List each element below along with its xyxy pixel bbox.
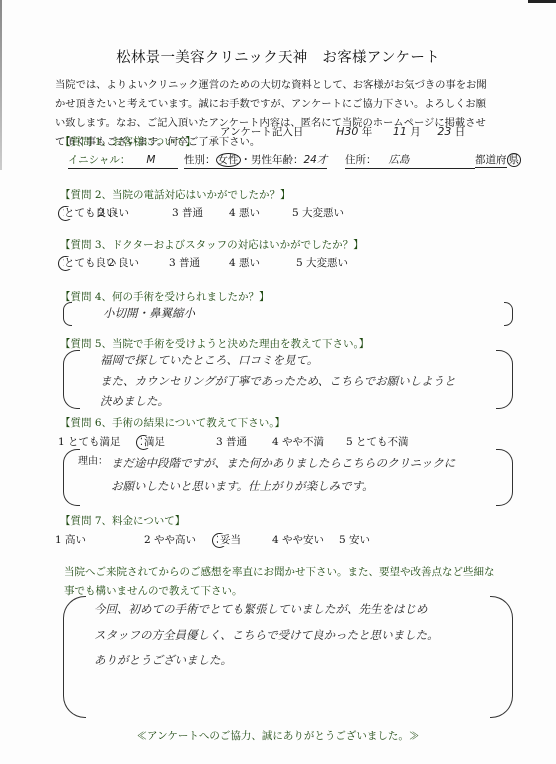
date-label: アンケート記入日: [220, 126, 303, 138]
gender-label: 性別：: [184, 154, 216, 166]
q5-answer-line-3[interactable]: 決めました。: [100, 393, 169, 409]
q6-option-5[interactable]: 5 とても不満: [346, 434, 409, 449]
q7-option-2[interactable]: 2 やや高い: [144, 532, 196, 547]
q6-reason-line-2[interactable]: お願いしたいと思います。仕上がりが楽しみです。: [111, 478, 374, 494]
q6-option-1[interactable]: 1 とても満足: [58, 434, 121, 449]
initial-label: イニシャル：: [68, 154, 130, 166]
address-value: 広島: [389, 154, 410, 166]
q5-answer-line-1[interactable]: 福岡で探していたところ、口コミを見て。: [100, 352, 318, 368]
comments-answer-line-2[interactable]: スタッフの方全員優しく、こちらで受けて良かったと思いました。: [94, 627, 439, 643]
q3-heading: 【質問 3、ドクターおよびスタッフの対応はいかがでしたか？】: [60, 237, 364, 252]
gender-female-option-selected[interactable]: 女性: [216, 153, 241, 167]
address-label: 住所：: [345, 154, 377, 166]
date-month: 11: [393, 125, 407, 138]
q1-gender[interactable]: 性別：女性・男性: [184, 152, 272, 169]
age-unit: 才: [317, 154, 328, 166]
q3-option-5[interactable]: 5 大変悪い: [296, 255, 348, 270]
q6-option-4[interactable]: 4 やや不満: [272, 434, 324, 449]
q6-option-2-selected[interactable]: 2満足: [136, 434, 165, 450]
address-unit-prefix: 都道府: [475, 154, 507, 168]
q6-heading: 【質問 6、手術の結果について教えて下さい。】: [60, 415, 285, 430]
q1-heading: 【質問 1、お客様について】: [60, 134, 196, 149]
survey-date: アンケート記入日 H30 年 11 月 23 日: [220, 124, 465, 139]
age-value: 24: [304, 154, 317, 166]
q3-option-3[interactable]: 3 普通: [169, 255, 200, 270]
q7-option-1[interactable]: 1 高い: [55, 532, 86, 547]
option-label: 妥当: [218, 534, 241, 546]
comments-answer-line-1[interactable]: 今回、初めての手術でとても緊張していましたが、先生をはじめ: [94, 601, 428, 617]
gender-male-option[interactable]: 男性: [251, 154, 272, 166]
comments-answer-line-3[interactable]: ありがとうございました。: [94, 652, 232, 668]
q2-option-4[interactable]: 4 悪い: [229, 205, 260, 220]
q2-heading: 【質問 2、当院の電話対応はいかがでしたか？】: [60, 187, 291, 202]
document-title: 松林景一美容クリニック天神 お客様アンケート: [0, 46, 556, 67]
q2-option-2[interactable]: 2 良い: [98, 205, 129, 220]
q7-option-4[interactable]: 4 やや安い: [272, 532, 324, 547]
initial-value: M: [146, 154, 155, 166]
year-unit: 年: [362, 126, 373, 138]
answer-bracket-left: [63, 350, 80, 409]
q4-heading: 【質問 4、何の手術を受けられましたか？】: [60, 289, 270, 304]
month-unit: 月: [410, 126, 421, 138]
date-day: 23: [437, 125, 451, 138]
q3-option-4[interactable]: 4 悪い: [229, 255, 260, 270]
q6-reason-label: 理由：: [78, 452, 108, 467]
q1-initial[interactable]: イニシャル：M: [68, 152, 178, 169]
q2-option-5[interactable]: 5 大変悪い: [292, 205, 344, 220]
q1-address[interactable]: 住所：広島都道府県: [345, 152, 521, 169]
q5-answer-line-2[interactable]: また、カウンセリングが丁寧であったため、こちらでお願いしようと: [100, 373, 456, 389]
q6-option-3[interactable]: 3 普通: [216, 434, 247, 449]
q7-option-5[interactable]: 5 安い: [339, 532, 370, 547]
q5-heading: 【質問 5、当院で手術を受けようと決めた理由を教えて下さい。】: [60, 336, 369, 351]
thank-you-footer: ≪アンケートへのご協力、誠にありがとうございました。≫: [0, 728, 556, 743]
option-label: 満足: [142, 436, 165, 448]
q7-heading: 【質問 7、料金について】: [60, 513, 185, 528]
scan-edge: [0, 0, 2, 170]
date-year: H30: [336, 125, 358, 138]
gender-separator: ・: [241, 154, 252, 166]
q7-option-3-selected[interactable]: 3妥当: [212, 532, 241, 548]
answer-bracket-right: [490, 596, 513, 718]
answer-bracket-right: [504, 302, 513, 326]
address-unit-selected: 県: [507, 153, 522, 167]
scan-edge: [528, 0, 556, 3]
answer-bracket-right: [496, 350, 513, 409]
answer-bracket-left: [63, 302, 72, 326]
day-unit: 日: [455, 126, 466, 138]
q2-option-3[interactable]: 3 普通: [172, 205, 203, 220]
answer-bracket-right: [496, 449, 513, 506]
comments-prompt: 当院へご来院されてからのご感想を率直にお聞かせ下さい。また、要望や改善点など些細…: [64, 563, 504, 601]
answer-bracket-left: [63, 596, 86, 718]
age-label: 年齢：: [272, 154, 304, 166]
q1-age[interactable]: 年齢：24才: [272, 152, 327, 169]
q6-reason-line-1[interactable]: まだ途中段階ですが、また何かありましたらこちらのクリニックに: [111, 455, 455, 471]
q3-option-2[interactable]: 2 良い: [108, 255, 139, 270]
q4-answer[interactable]: 小切開・鼻翼縮小: [103, 305, 195, 321]
